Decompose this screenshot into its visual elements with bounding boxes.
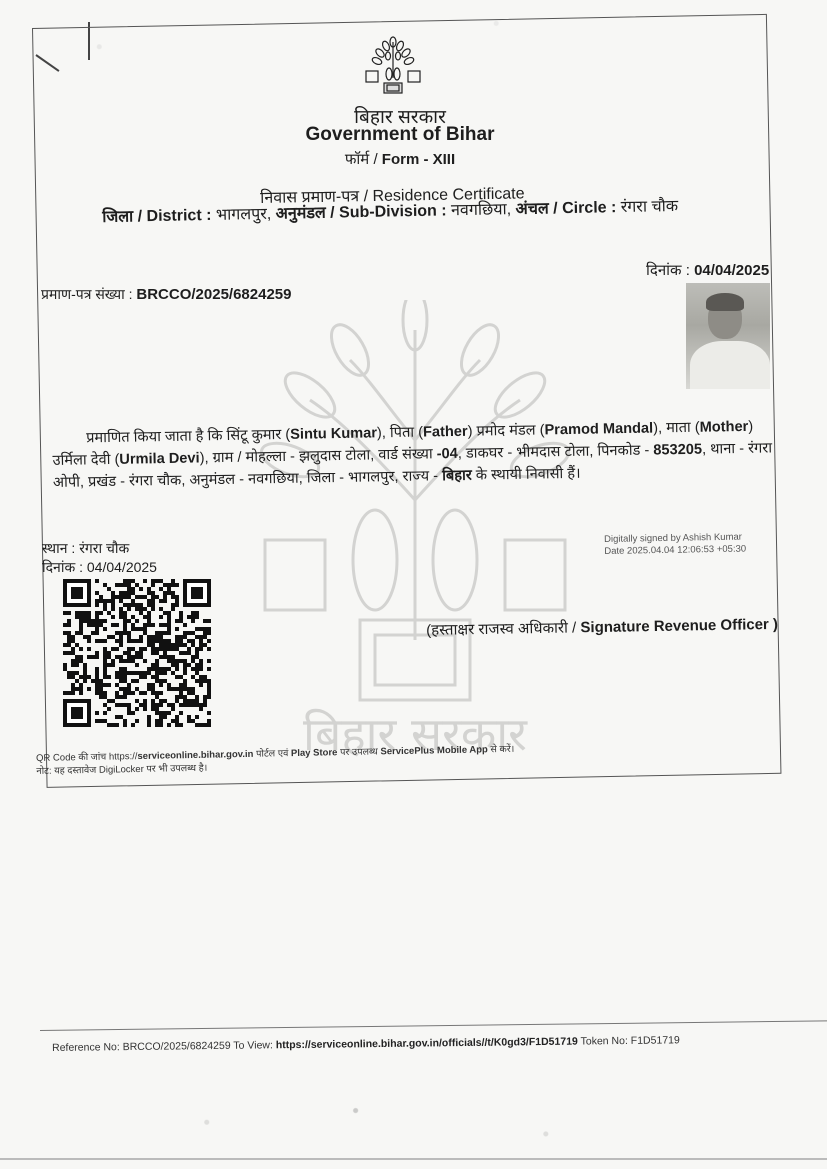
place-label: स्थान : [42,540,75,556]
issue-date-value: 04/04/2025 [694,262,769,279]
applicant-name: Sintu Kumar [290,425,377,443]
issue-date-label: दिनांक : [646,262,690,279]
certificate-number-label: प्रमाण-पत्र संख्या : [41,286,133,302]
photo-hair [706,293,744,311]
digital-signature-date: Date 2025.04.04 12:06:53 +05:30 [604,544,746,558]
place-date: दिनांक : 04/04/2025 [42,558,157,577]
bihar-emblem-icon [362,36,424,96]
reference-footer: Reference No: BRCCO/2025/6824259 To View… [52,1034,680,1054]
mother-name: Urmila Devi [119,450,200,467]
qr-code-icon[interactable] [63,579,211,727]
circle-value: रंगरा चौक [621,198,679,216]
service-url-link[interactable]: serviceonline.bihar.gov.in [137,749,253,762]
photo-shirt [690,341,770,389]
ward-number: -04 [437,446,458,462]
place-date-label: दिनांक : [42,559,83,575]
state-name: बिहार [442,468,472,485]
footer-divider [40,1020,827,1031]
certificate-number: प्रमाण-पत्र संख्या : BRCCO/2025/6824259 [41,285,292,304]
subdivision-label: अनुमंडल / Sub-Division : [276,202,447,222]
subdivision-value: नवगछिया, [451,201,511,219]
place-value: रंगरा चौक [79,540,129,556]
district-label: जिला / District : [102,207,212,226]
form-label-hindi: फॉर्म [345,151,369,168]
certificate-body: प्रमाणित किया जाता है कि सिंटू कुमार (Si… [52,415,778,494]
token-number: Token No: F1D51719 [578,1034,680,1047]
pincode: 853205 [653,442,702,459]
place: स्थान : रंगरा चौक [42,539,129,558]
signature-label-english: Signature Revenue Officer ) [580,616,778,636]
certificate-number-value: BRCCO/2025/6824259 [136,286,291,303]
form-number: फॉर्म / Form - XIII [0,149,800,169]
circle-label: अंचल / Circle : [515,199,616,218]
bodhi-tree-watermark-icon: बिहार सरकार [250,300,580,760]
view-url-link[interactable]: https://serviceonline.bihar.gov.in/offic… [276,1036,578,1052]
reference-number: Reference No: BRCCO/2025/6824259 To View… [52,1039,276,1054]
form-label-english: Form - XIII [382,151,455,168]
issue-date: दिनांक : 04/04/2025 [646,260,769,280]
district-value: भागलपुर, [216,206,272,224]
signature-label-hindi: (हस्ताक्षर राजस्व अधिकारी / [426,619,581,639]
digital-signature: Digitally signed by Ashish Kumar Date 20… [604,532,746,558]
applicant-photo [686,283,770,389]
government-title-english: Government of Bihar [0,124,800,146]
father-name: Pramod Mandal [544,421,653,439]
page-bottom-edge [0,1158,827,1160]
place-date-value: 04/04/2025 [87,559,157,575]
